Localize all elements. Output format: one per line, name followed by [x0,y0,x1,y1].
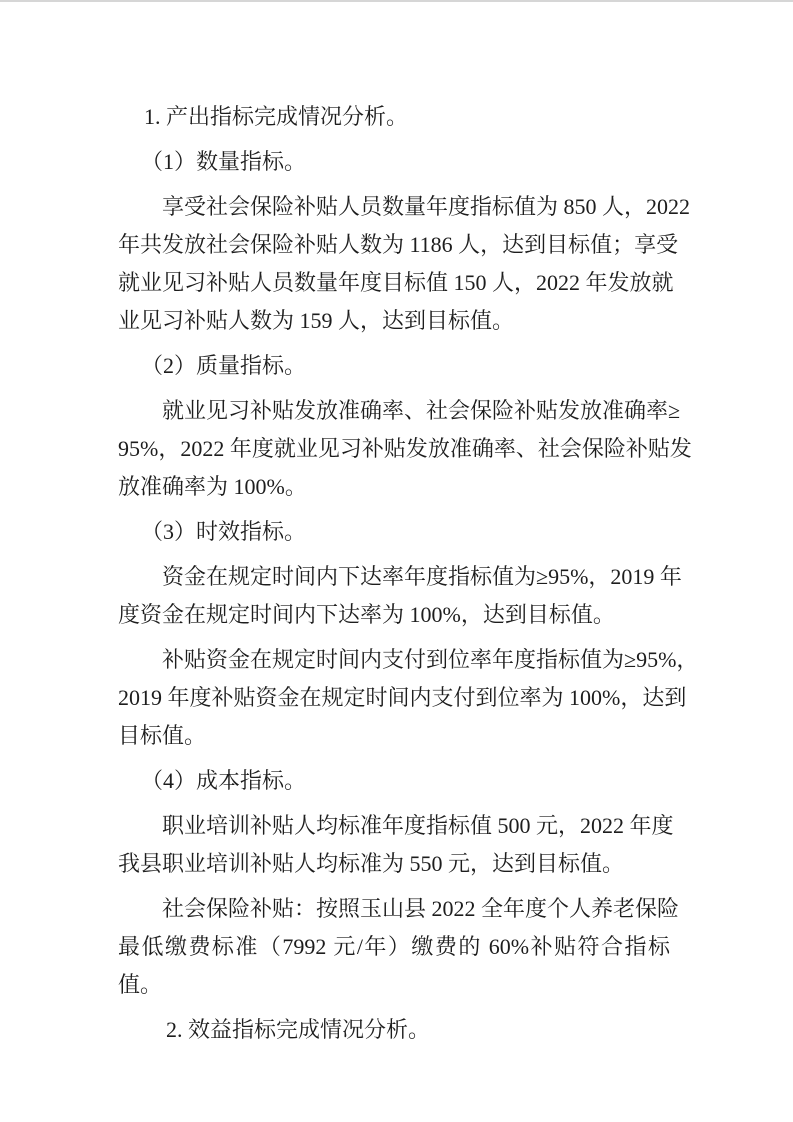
heading-benefit-indicator-analysis: 2. 效益指标完成情况分析。 [118,1011,670,1049]
subheading-quality-indicator: （2）质量指标。 [118,347,670,385]
text-line: 补贴资金在规定时间内支付到位率年度指标值为≥95%， [118,641,670,679]
text-line: （4）成本指标。 [118,762,670,800]
text-line: 95%，2022 年度就业见习补贴发放准确率、社会保险补贴发 [118,430,670,468]
text-line: 放准确率为 100%。 [118,468,670,506]
paragraph-quality-indicator-detail: 就业见习补贴发放准确率、社会保险补贴发放准确率≥95%，2022 年度就业见习补… [118,392,670,506]
text-line: 社会保险补贴：按照玉山县 2022 全年度个人养老保险 [118,890,670,928]
subheading-cost-indicator: （4）成本指标。 [118,762,670,800]
text-line: 资金在规定时间内下达率年度指标值为≥95%，2019 年 [118,558,670,596]
text-line: 享受社会保险补贴人员数量年度指标值为 850 人，2022 [118,188,670,226]
text-line: 1. 产出指标完成情况分析。 [118,98,670,136]
paragraph-subsidy-payment-rate: 补贴资金在规定时间内支付到位率年度指标值为≥95%，2019 年度补贴资金在规定… [118,641,670,755]
text-line: 2019 年度补贴资金在规定时间内支付到位率为 100%，达到 [118,679,670,717]
paragraph-funds-release-rate: 资金在规定时间内下达率年度指标值为≥95%，2019 年度资金在规定时间内下达率… [118,558,670,634]
text-line: 2. 效益指标完成情况分析。 [118,1011,670,1049]
text-line: 年共发放社会保险补贴人数为 1186 人，达到目标值；享受 [118,226,670,264]
text-line: 职业培训补贴人均标准年度指标值 500 元，2022 年度 [118,807,670,845]
paragraph-quantity-indicator-detail: 享受社会保险补贴人员数量年度指标值为 850 人，2022年共发放社会保险补贴人… [118,188,670,340]
subheading-quantity-indicator: （1）数量指标。 [118,143,670,181]
text-line: （3）时效指标。 [118,513,670,551]
scan-edge-artifact [0,0,793,2]
text-line: 度资金在规定时间内下达率为 100%，达到目标值。 [118,596,670,634]
text-line: 目标值。 [118,717,670,755]
text-line: 就业见习补贴人员数量年度目标值 150 人，2022 年发放就 [118,264,670,302]
heading-output-indicator-analysis: 1. 产出指标完成情况分析。 [118,98,670,136]
text-line: 最低缴费标准（7992 元/年）缴费的 60%补贴符合指标值。 [118,928,670,1004]
text-line: 我县职业培训补贴人均标准为 550 元，达到目标值。 [118,845,670,883]
document-page: 1. 产出指标完成情况分析。 （1）数量指标。 享受社会保险补贴人员数量年度指标… [0,0,793,1122]
text-line: 就业见习补贴发放准确率、社会保险补贴发放准确率≥ [118,392,670,430]
text-line: （2）质量指标。 [118,347,670,385]
text-line: 业见习补贴人数为 159 人，达到目标值。 [118,302,670,340]
text-line: （1）数量指标。 [118,143,670,181]
paragraph-training-subsidy-standard: 职业培训补贴人均标准年度指标值 500 元，2022 年度我县职业培训补贴人均标… [118,807,670,883]
paragraph-social-insurance-subsidy: 社会保险补贴：按照玉山县 2022 全年度个人养老保险最低缴费标准（7992 元… [118,890,670,1004]
subheading-timeliness-indicator: （3）时效指标。 [118,513,670,551]
